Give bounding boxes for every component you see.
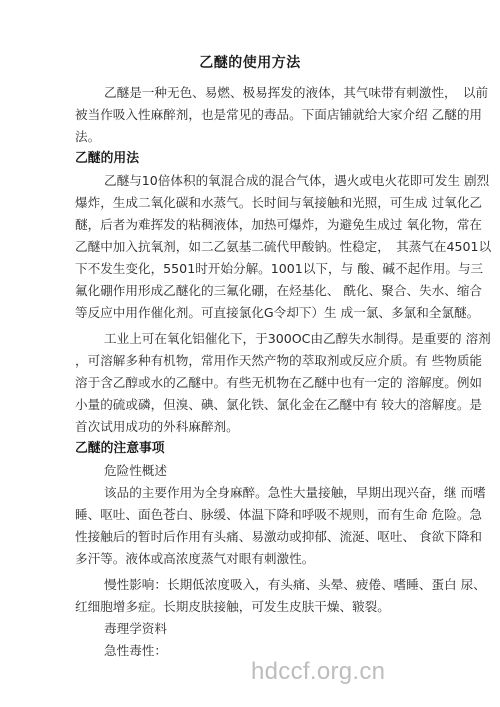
- document-title: 乙醚的使用方法: [0, 52, 500, 72]
- text-line: 溶于含乙醇或水的乙醚中。有些无机物在乙醚中也有一定的 溶解度。例如: [75, 372, 431, 394]
- text-line: 性接触后的暂时后作用有头痛、易激动或抑郁、流涎、呕吐、 食欲下降和: [75, 526, 431, 548]
- usage-paragraph-2: 工业上可在氧化铝催化下，于300OC由乙醇失水制得。是重要的 溶剂 ，可溶解多种…: [75, 328, 431, 438]
- subheading-toxicology: 毒理学资料: [75, 618, 431, 640]
- text-line: 氟化硼作用形成乙醚化的三氟化硼，在烃基化、 酰化、聚合、失水、缩合: [75, 280, 431, 302]
- text-line: 法。: [75, 126, 431, 148]
- watermark-text: hdccf.org.cn: [251, 658, 385, 686]
- chronic-effects-paragraph: 慢性影响：长期低浓度吸入，有头痛、头晕、疲倦、嗜睡、蛋白 尿、 红细胞增多症。长…: [75, 574, 431, 618]
- text-line: 乙醚是一种无色、易燃、极易挥发的液体，其气味带有刺激性， 以前: [75, 82, 431, 104]
- text-line: 睡、呕吐、面色苍白、脉缓、体温下降和呼吸不规则，而有生命 危险。急: [75, 504, 431, 526]
- intro-paragraph: 乙醚是一种无色、易燃、极易挥发的液体，其气味带有刺激性， 以前 被当作吸入性麻醉…: [75, 82, 431, 148]
- document-page: 乙醚的使用方法 乙醚是一种无色、易燃、极易挥发的液体，其气味带有刺激性， 以前 …: [0, 0, 500, 707]
- text-line: 红细胞增多症。长期皮肤接触，可发生皮肤干燥、皲裂。: [75, 596, 431, 618]
- text-line: 乙醚与10倍体积的氧混合成的混合气体，遇火或电火花即可发生 剧烈: [75, 170, 431, 192]
- text-line: 首次试用成功的外科麻醉剂。: [75, 416, 431, 438]
- subheading-hazard-overview: 危险性概述: [75, 460, 431, 482]
- text-line: 爆炸，生成二氧化碳和水蒸气。长时间与氧接触和光照，可生成 过氧化乙: [75, 192, 431, 214]
- text-line: 等反应中用作催化剂。可直接氯化G令却下）生 成一氯、多氯和全氯醚。: [75, 302, 431, 324]
- text-line: 该品的主要作用为全身麻醉。急性大量接触，早期出现兴奋，继 而嗜: [75, 482, 431, 504]
- text-line: 慢性影响：长期低浓度吸入，有头痛、头晕、疲倦、嗜睡、蛋白 尿、: [75, 574, 431, 596]
- text-line: ，可溶解多种有机物，常用作天然产物的萃取剂或反应介质。有 些物质能: [75, 350, 431, 372]
- text-line: 被当作吸入性麻醉剂，也是常见的毒品。下面店铺就给大家介绍 乙醚的用: [75, 104, 431, 126]
- text-line: 多汗等。液体或高浓度蒸气对眼有刺激性。: [75, 548, 431, 570]
- section-heading-precautions: 乙醚的注意事项: [75, 438, 431, 460]
- text-line: 下不发生变化，5501时开始分解。1001以下，与 酸、碱不起作用。与三: [75, 258, 431, 280]
- usage-paragraph-1: 乙醚与10倍体积的氧混合成的混合气体，遇火或电火花即可发生 剧烈 爆炸，生成二氧…: [75, 170, 431, 324]
- text-line: 醚，后者为难挥发的粘稠液体，加热可爆炸，为避免生成过 氧化物，常在: [75, 214, 431, 236]
- section-heading-usage: 乙醚的用法: [75, 148, 431, 170]
- text-line: 乙醚中加入抗氧剂，如二乙氨基二硫代甲酸钠。性稳定， 其蒸气在4501以: [75, 236, 431, 258]
- acute-effects-paragraph: 该品的主要作用为全身麻醉。急性大量接触，早期出现兴奋，继 而嗜 睡、呕吐、面色苍…: [75, 482, 431, 570]
- document-body: 乙醚是一种无色、易燃、极易挥发的液体，其气味带有刺激性， 以前 被当作吸入性麻醉…: [75, 82, 431, 662]
- text-line: 小量的硫或磷，但溴、碘、氯化铁、氯化金在乙醚中有 较大的溶解度。是: [75, 394, 431, 416]
- text-line: 工业上可在氧化铝催化下，于300OC由乙醇失水制得。是重要的 溶剂: [75, 328, 431, 350]
